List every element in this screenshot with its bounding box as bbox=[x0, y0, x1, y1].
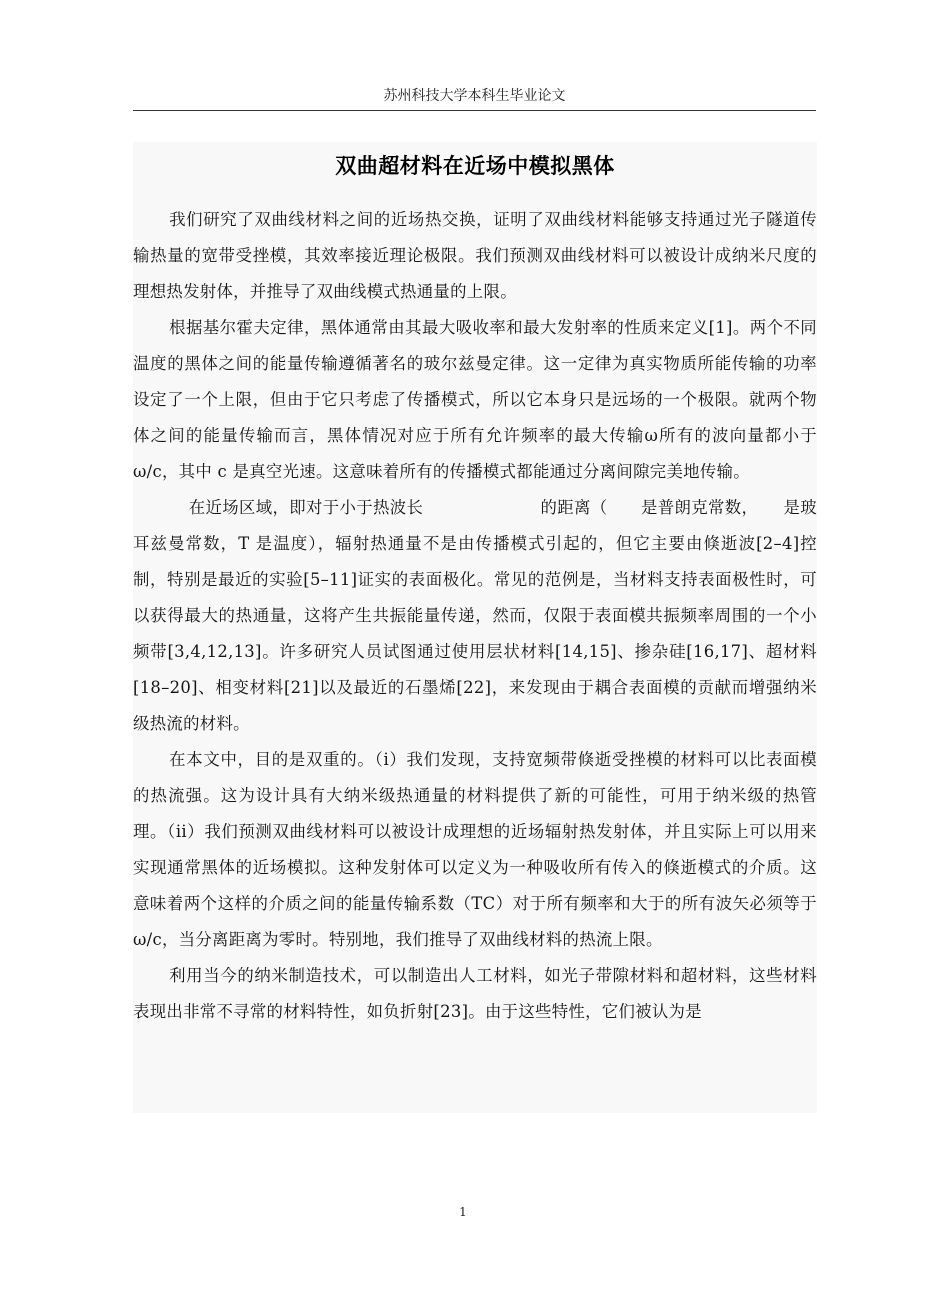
document-title: 双曲超材料在近场中模拟黑体 bbox=[133, 142, 817, 190]
paragraph-near-field: 在近场区域，即对于小于热波长 的距离（ 是普朗克常数， 是玻耳兹曼常数，T 是温… bbox=[133, 490, 817, 742]
paragraph-blackbody-definition: 根据基尔霍夫定律，黑体通常由其最大吸收率和最大发射率的性质来定义[1]。两个不同… bbox=[133, 310, 817, 490]
running-header: 苏州科技大学本科生毕业论文 bbox=[133, 86, 816, 111]
page-number: 1 bbox=[0, 1205, 926, 1219]
running-header-title: 苏州科技大学本科生毕业论文 bbox=[384, 88, 566, 104]
paragraph-nanofabrication: 利用当今的纳米制造技术，可以制造出人工材料，如光子带隙材料和超材料，这些材料表现… bbox=[133, 958, 817, 1030]
paragraph-objectives: 在本文中，目的是双重的。（i）我们发现，支持宽频带倏逝受挫模的材料可以比表面模的… bbox=[133, 742, 817, 958]
page-body: 双曲超材料在近场中模拟黑体 我们研究了双曲线材料之间的近场热交换，证明了双曲线材… bbox=[133, 142, 817, 1113]
paragraph-abstract: 我们研究了双曲线材料之间的近场热交换，证明了双曲线材料能够支持通过光子隧道传输热… bbox=[133, 202, 817, 310]
